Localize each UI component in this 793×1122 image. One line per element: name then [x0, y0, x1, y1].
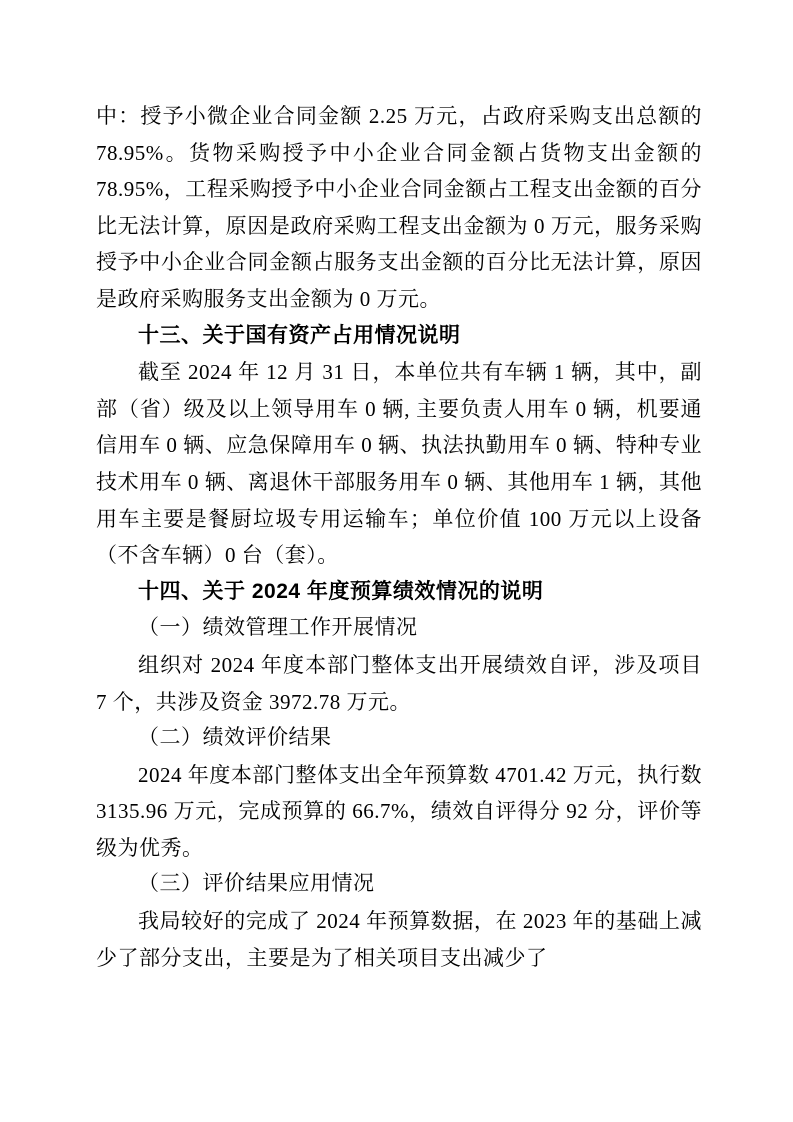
section-heading: 十四、关于 2024 年度预算绩效情况的说明 — [96, 574, 702, 611]
body-paragraph: 2024 年度本部门整体支出全年预算数 4701.42 万元，执行数 3135.… — [96, 757, 702, 867]
body-paragraph: 组织对 2024 年度本部门整体支出开展绩效自评，涉及项目 7 个，共涉及资金 … — [96, 647, 702, 720]
body-paragraph: 我局较好的完成了 2024 年预算数据，在 2023 年的基础上减少了部分支出，… — [96, 903, 702, 976]
sub-heading: （一）绩效管理工作开展情况 — [96, 610, 702, 647]
sub-heading: （二）绩效评价结果 — [96, 720, 702, 757]
document-content: 中：授予小微企业合同金额 2.25 万元，占政府采购支出总额的 78.95%。货… — [96, 98, 702, 976]
sub-heading: （三）评价结果应用情况 — [96, 866, 702, 903]
section-heading: 十三、关于国有资产占用情况说明 — [96, 318, 702, 355]
body-paragraph: 截至 2024 年 12 月 31 日，本单位共有车辆 1 辆，其中，副部（省）… — [96, 354, 702, 574]
document-page: 中：授予小微企业合同金额 2.25 万元，占政府采购支出总额的 78.95%。货… — [0, 0, 793, 1122]
body-paragraph: 中：授予小微企业合同金额 2.25 万元，占政府采购支出总额的 78.95%。货… — [96, 98, 702, 318]
